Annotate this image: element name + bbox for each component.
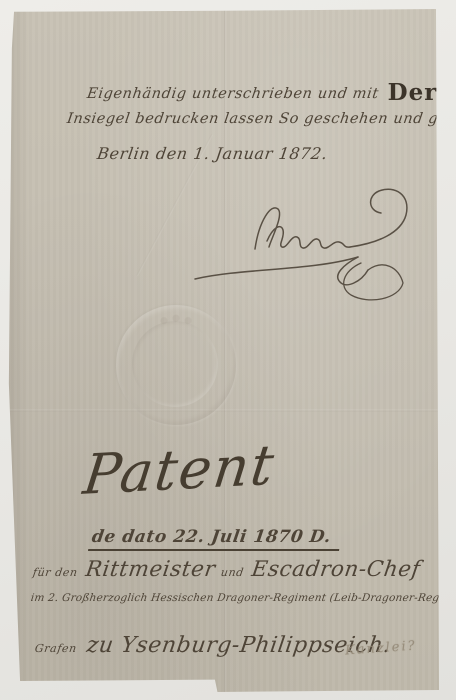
rank-1: Rittmeister — [84, 557, 217, 582]
patent-title: Patent — [80, 432, 279, 507]
seal-inner-ring — [132, 321, 218, 407]
rank-line: für den Rittmeister und Escadron-Chef — [32, 557, 419, 582]
regiment-line: im 2. Großherzoglich Hessischen Dragoner… — [30, 592, 456, 604]
attestation-dateline: Berlin den 1. Januar 1872. — [96, 144, 329, 163]
paper-sheet: Eigenhändig unterschrieben und mit Dero … — [8, 7, 439, 692]
rank-conjunction: und — [220, 566, 245, 579]
photo-background: Eigenhändig unterschrieben und mit Dero … — [0, 0, 456, 700]
name-line: Grafen zu Ysenburg-Philippseich. — [34, 633, 389, 658]
horizontal-crease — [8, 409, 439, 412]
patent-dateline: de dato 22. Juli 1870 D. — [88, 527, 342, 551]
embossed-seal — [116, 305, 236, 425]
name-prefix: Grafen — [34, 642, 78, 655]
rank-2: Escadron-Chef — [250, 557, 422, 582]
attestation-line-1: Eigenhändig unterschrieben und mit Dero — [86, 79, 454, 102]
signature-flourish — [193, 183, 428, 307]
attestation-line-1-fraktur: Dero — [388, 81, 454, 104]
rank-prefix: für den — [32, 566, 79, 579]
attestation-line-2: Insiegel bedrucken lassen So geschehen u… — [66, 111, 456, 127]
attestation-line-1-script: Eigenhändig unterschrieben und mit — [86, 86, 380, 102]
